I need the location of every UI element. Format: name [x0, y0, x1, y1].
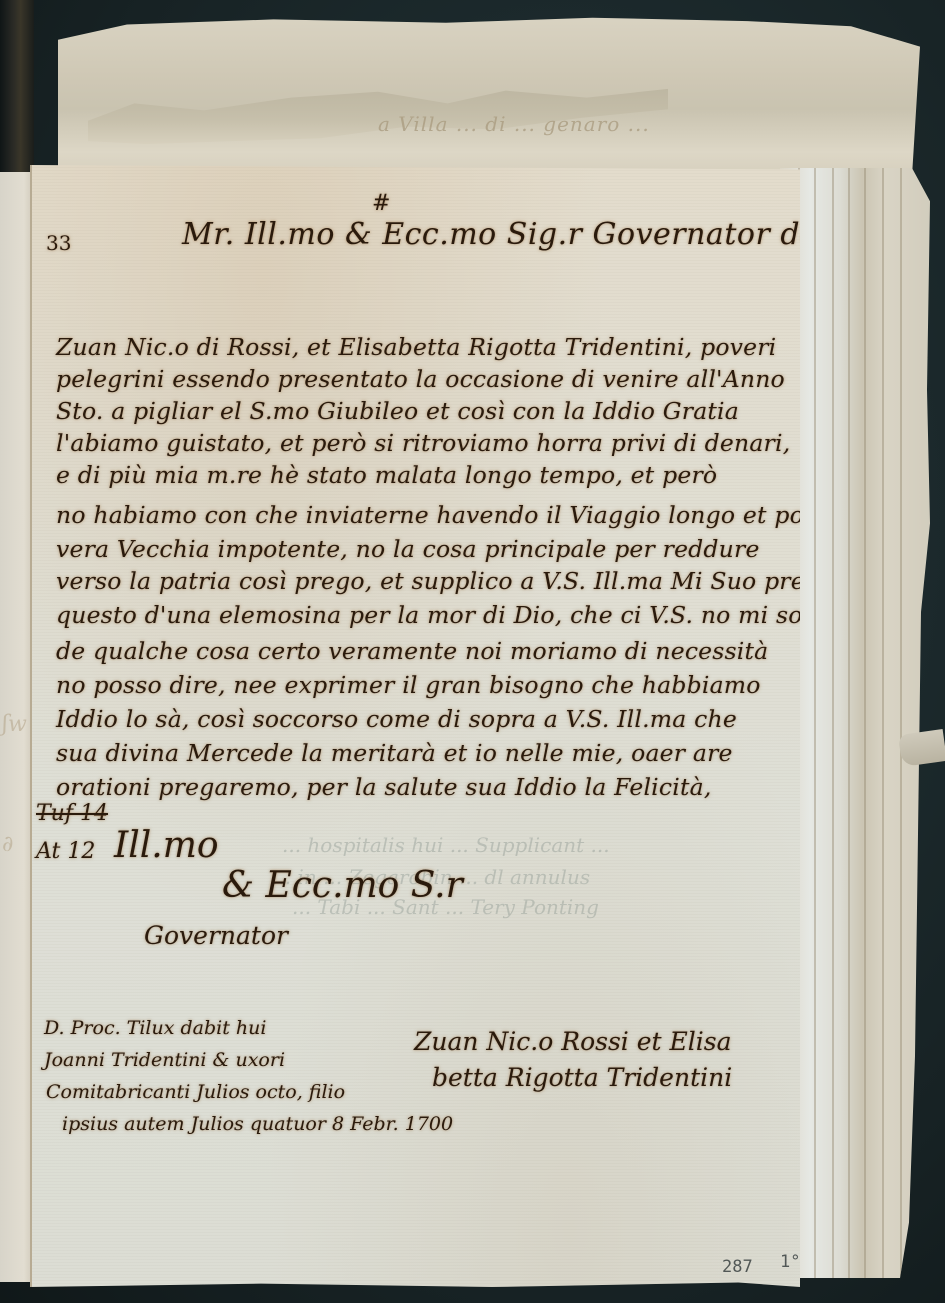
folded-paper-stack: a Villa ... di ... genaro ...	[58, 16, 920, 186]
body-line: sua divina Mercede la meritarà et io nel…	[56, 739, 733, 767]
page-edge-line	[864, 168, 866, 1278]
bleed-through-line: ... hospitalis hui ... Supplicant ...	[282, 833, 610, 857]
page-edge-line	[848, 168, 850, 1278]
body-line: Sto. a pigliar el S.mo Giubileo et così …	[56, 397, 739, 425]
body-line: Zuan Nic.o di Rossi, et Elisabetta Rigot…	[56, 333, 776, 361]
body-line: Iddio lo sà, così soccorso come di sopra…	[56, 705, 737, 733]
body-line: verso la patria così prego, et supplico …	[56, 567, 828, 595]
decree-line: D. Proc. Tilux dabit hui	[44, 1017, 266, 1039]
body-line: orationi pregaremo, per la salute sua Id…	[56, 773, 712, 801]
body-line: l'abiamo guistato, et però si ritroviamo…	[56, 429, 790, 457]
salutation-line: Governator	[144, 921, 288, 950]
body-line: no posso dire, nee exprimer il gran biso…	[56, 671, 761, 699]
binding-ribbon	[898, 729, 945, 767]
margin-note: At 12	[36, 839, 95, 864]
salutation-line: Ill.mo	[114, 825, 219, 866]
folio-number: 33	[46, 231, 71, 255]
archive-page-number: 287	[722, 1257, 753, 1277]
body-line: de qualche cosa certo veramente noi mori…	[56, 637, 768, 665]
manuscript-page: 33 # Mr. Ill.mo & Ecc.mo Sig.r Governato…	[30, 165, 800, 1287]
body-line: questo d'una elemosina per la mor di Dio…	[56, 601, 855, 629]
page-edge-line	[900, 168, 902, 1278]
ghost-ink-mark: ʃw	[2, 712, 27, 737]
decree-line: Comitabricanti Julios octo, filio	[46, 1081, 345, 1103]
salutation-line: & Ecc.mo S.r	[222, 865, 463, 906]
facing-page-edge: ʃw ∂	[0, 172, 34, 1282]
body-line: vera Vecchia impotente, no la cosa princ…	[56, 535, 760, 563]
faint-top-note: a Villa ... di ... genaro ...	[378, 112, 650, 136]
ghost-ink-mark: ∂	[2, 832, 13, 857]
signature-line: betta Rigotta Tridentini	[432, 1063, 732, 1092]
page-edge-line	[832, 168, 834, 1278]
decree-line: ipsius autem Julios quatuor 8 Febr. 1700	[62, 1113, 453, 1135]
book-binding	[0, 0, 34, 180]
page-edges-stack	[780, 168, 930, 1278]
body-line: e di più mia m.re hè stato malata longo …	[56, 461, 717, 489]
body-line: pelegrini essendo presentato la occasion…	[56, 365, 785, 393]
body-line: no habiamo con che inviaterne havendo il…	[56, 501, 812, 529]
margin-note-struck: Tuf 14	[36, 801, 108, 826]
decree-line: Joanni Tridentini & uxori	[44, 1049, 285, 1071]
signature-line: Zuan Nic.o Rossi et Elisa	[414, 1027, 731, 1056]
heading-mark: #	[372, 191, 391, 216]
page-edge-line	[814, 168, 816, 1278]
archive-sub-number: 1°	[780, 1252, 800, 1272]
page-edge-line	[882, 168, 884, 1278]
